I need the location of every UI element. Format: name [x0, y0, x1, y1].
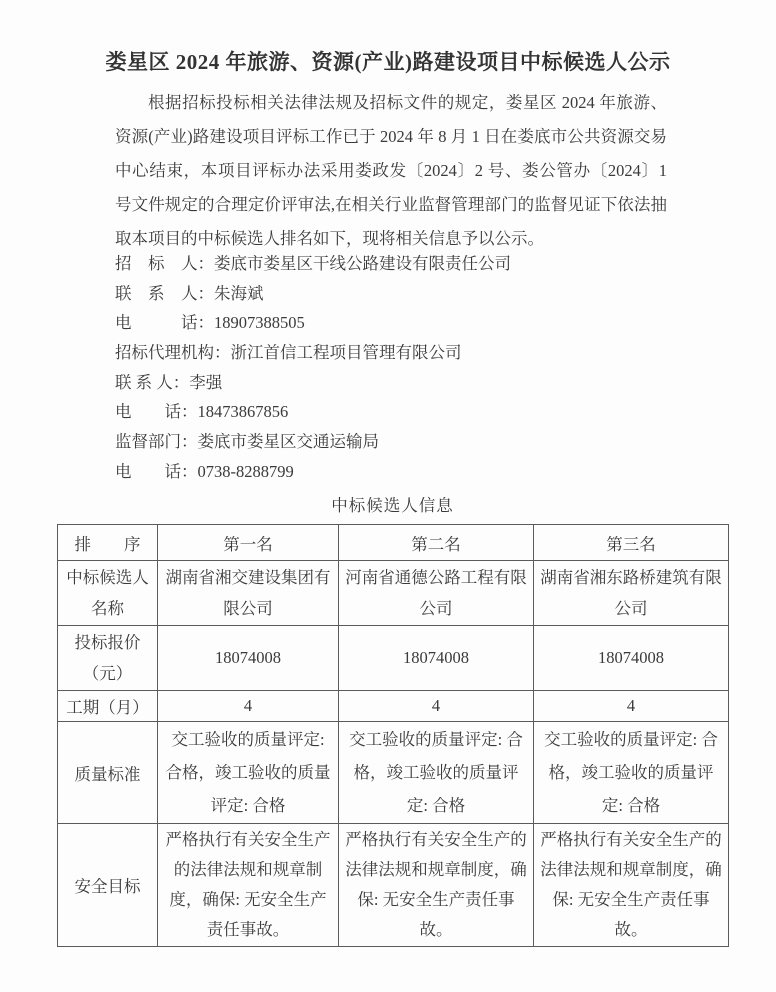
quality-3-cell: 交工验收的质量评定: 合格，竣工验收的质量评定: 合格 [534, 722, 729, 824]
contact-2-value: 李强 [189, 373, 222, 392]
bid-price-3-cell: 18074008 [534, 626, 729, 691]
third-place-header-cell: 第三名 [534, 525, 729, 561]
table-title: 中标候选人信息 [57, 492, 728, 516]
phone-2-label: 电 话： [115, 402, 198, 421]
intro-paragraph: 根据招标投标相关法律法规及招标文件的规定，娄星区 2024 年旅游、资源(产业)… [115, 86, 667, 256]
safety-2-cell: 严格执行有关安全生产的法律法规和规章制度，确保: 无安全生产责任事故。 [339, 824, 534, 947]
agency-value: 浙江首信工程项目管理有限公司 [231, 343, 462, 362]
safety-1-cell: 严格执行有关安全生产的法律法规和规章制度，确保: 无安全生产责任事故。 [158, 824, 339, 947]
contact-info-block: 招 标 人：娄底市娄星区干线公路建设有限责任公司 联 系 人：朱海斌 电 话：1… [115, 249, 675, 487]
contact-2-label: 联 系 人： [115, 373, 189, 392]
rank-header-cell: 排 序 [58, 525, 158, 561]
bid-price-1-cell: 18074008 [158, 626, 339, 691]
table-row-bid-price: 投标报价 （元） 18074008 18074008 18074008 [58, 626, 729, 691]
tenderer-value: 娄底市娄星区干线公路建设有限责任公司 [214, 254, 511, 273]
table-row-candidate-name: 中标候选人 名称 湖南省湘交建设集团有限公司 河南省通德公路工程有限公司 湖南省… [58, 561, 729, 626]
candidates-table: 排 序 第一名 第二名 第三名 中标候选人 名称 湖南省湘交建设集团有限公司 河… [57, 524, 729, 947]
quality-1-cell: 交工验收的质量评定: 合格，竣工验收的质量评定: 合格 [158, 722, 339, 824]
info-line-contact-2: 联 系 人：李强 [115, 368, 675, 398]
phone-3-value: 0738-8288799 [198, 462, 294, 481]
info-line-contact-1: 联 系 人：朱海斌 [115, 279, 675, 309]
second-place-header-cell: 第二名 [339, 525, 534, 561]
info-line-agency: 招标代理机构：浙江首信工程项目管理有限公司 [115, 338, 675, 368]
supervisor-label: 监督部门： [115, 432, 198, 451]
table-row-safety-target: 安全目标 严格执行有关安全生产的法律法规和规章制度，确保: 无安全生产责任事故。… [58, 824, 729, 947]
candidate-name-3-cell: 湖南省湘东路桥建筑有限公司 [534, 561, 729, 626]
period-1-cell: 4 [158, 691, 339, 722]
document-page: 娄星区 2024 年旅游、资源(产业)路建设项目中标候选人公示 根据招标投标相关… [0, 0, 776, 992]
supervisor-value: 娄底市娄星区交通运输局 [198, 432, 380, 451]
contact-1-value: 朱海斌 [214, 284, 264, 303]
table-row-rank-header: 排 序 第一名 第二名 第三名 [58, 525, 729, 561]
first-place-header-cell: 第一名 [158, 525, 339, 561]
quality-2-cell: 交工验收的质量评定: 合格，竣工验收的质量评定: 合格 [339, 722, 534, 824]
agency-label: 招标代理机构： [115, 343, 231, 362]
candidate-name-2-cell: 河南省通德公路工程有限公司 [339, 561, 534, 626]
contact-1-label: 联 系 人： [115, 284, 214, 303]
period-3-cell: 4 [534, 691, 729, 722]
phone-1-label: 电 话： [115, 313, 214, 332]
info-line-tenderer: 招 标 人：娄底市娄星区干线公路建设有限责任公司 [115, 249, 675, 279]
quality-label-cell: 质量标准 [58, 722, 158, 824]
info-line-phone-1: 电 话：18907388505 [115, 308, 675, 338]
safety-3-cell: 严格执行有关安全生产的法律法规和规章制度，确保: 无安全生产责任事故。 [534, 824, 729, 947]
bid-price-label-cell: 投标报价 （元） [58, 626, 158, 691]
tenderer-label: 招 标 人： [115, 254, 214, 273]
info-line-phone-2: 电 话：18473867856 [115, 397, 675, 427]
candidate-name-1-cell: 湖南省湘交建设集团有限公司 [158, 561, 339, 626]
candidate-name-label-cell: 中标候选人 名称 [58, 561, 158, 626]
period-2-cell: 4 [339, 691, 534, 722]
phone-3-label: 电 话： [115, 462, 198, 481]
table-row-quality-standard: 质量标准 交工验收的质量评定: 合格，竣工验收的质量评定: 合格 交工验收的质量… [58, 722, 729, 824]
page-title: 娄星区 2024 年旅游、资源(产业)路建设项目中标候选人公示 [0, 46, 776, 76]
bid-price-2-cell: 18074008 [339, 626, 534, 691]
info-line-supervisor: 监督部门：娄底市娄星区交通运输局 [115, 427, 675, 457]
phone-1-value: 18907388505 [214, 313, 305, 332]
table-row-construction-period: 工期（月） 4 4 4 [58, 691, 729, 722]
safety-label-cell: 安全目标 [58, 824, 158, 947]
info-line-phone-3: 电 话：0738-8288799 [115, 457, 675, 487]
period-label-cell: 工期（月） [58, 691, 158, 722]
phone-2-value: 18473867856 [198, 402, 289, 421]
